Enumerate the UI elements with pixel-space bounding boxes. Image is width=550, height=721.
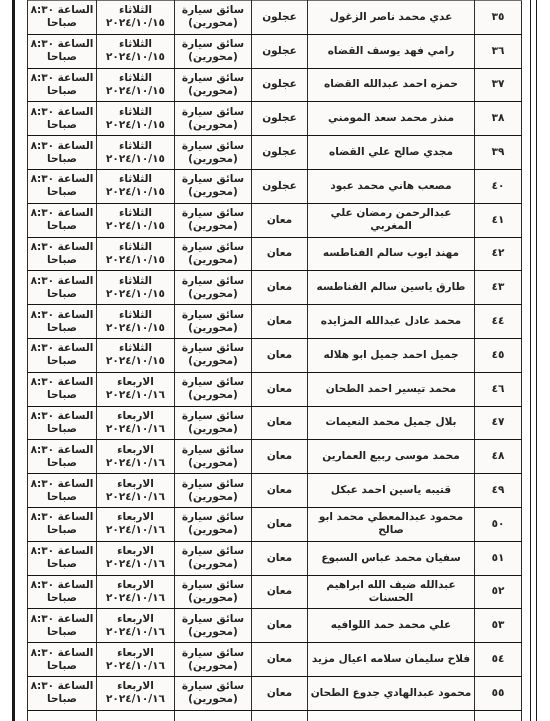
date-value: ٢٠٢٤/١٠/١٥: [97, 322, 174, 335]
applicant-name: محمد تيسير احمد الطحان: [326, 383, 456, 395]
appointments-table-wrap: ٣٥ عدي محمد ناصر الزغول عجلون سائق سيارة…: [28, 0, 522, 721]
job-title-line1: سائق سيارة: [175, 647, 251, 660]
time-value: الساعة ٨:٣٠: [28, 444, 96, 457]
time-value: الساعة ٨:٣٠: [28, 545, 96, 558]
time-value: الساعة ٨:٣٠: [28, 72, 96, 85]
job-cell: سائق سيارة (محورين): [175, 271, 252, 305]
governorate-cell: [252, 710, 308, 721]
appointments-table-body: ٣٥ عدي محمد ناصر الزغول عجلون سائق سيارة…: [28, 1, 522, 711]
weekday: الاربعاء: [97, 647, 174, 660]
time-cell: الساعة ٨:٣٠ صباحا: [28, 271, 97, 305]
row-number-cell: ٤٢: [475, 237, 522, 271]
time-cell: الساعة ٨:٣٠ صباحا: [28, 1, 97, 35]
job-title-line2: (محورين): [175, 288, 251, 301]
time-value: الساعة ٨:٣٠: [28, 342, 96, 355]
job-title-line2: (محورين): [175, 660, 251, 673]
time-period: صباحا: [28, 389, 96, 402]
row-number: ٣٦: [492, 45, 505, 57]
date-cell: الاربعاء ٢٠٢٤/١٠/١٦: [97, 609, 175, 643]
job-title-line1: سائق سيارة: [175, 309, 251, 322]
applicant-name: سفيان محمد عباس السبوع: [321, 552, 460, 564]
row-number-cell: ٤٣: [475, 271, 522, 305]
time-value: الساعة ٨:٣٠: [28, 511, 96, 524]
weekday: الاربعاء: [97, 579, 174, 592]
row-number: ٥٠: [492, 518, 505, 530]
governorate-cell: معان: [252, 575, 308, 609]
time-period: صباحا: [28, 153, 96, 166]
date-cell: الثلاثاء ٢٠٢٤/١٠/١٥: [97, 68, 175, 102]
name-cell: عدي محمد ناصر الزغول: [308, 1, 475, 35]
time-cell: الساعة ٨:٣٠ صباحا: [28, 406, 97, 440]
governorate: عجلون: [262, 180, 297, 192]
name-cell: محمود عبدالهادي جدوع الطحان: [308, 676, 475, 710]
job-title-line1: سائق سيارة: [175, 106, 251, 119]
job-title-line2: (محورين): [175, 186, 251, 199]
date-value: ٢٠٢٤/١٠/١٦: [97, 558, 174, 571]
row-number: ٤٩: [492, 484, 505, 496]
governorate-cell: معان: [252, 338, 308, 372]
governorate-cell: معان: [252, 643, 308, 677]
governorate-cell: عجلون: [252, 1, 308, 35]
governorate-cell: معان: [252, 203, 308, 237]
governorate: معان: [267, 687, 292, 699]
weekday: الاربعاء: [97, 478, 174, 491]
row-number-cell: ٥٥: [475, 676, 522, 710]
governorate: معان: [267, 484, 292, 496]
name-cell: رامي فهد يوسف القضاه: [308, 34, 475, 68]
time-period: صباحا: [28, 558, 96, 571]
time-period: صباحا: [28, 423, 96, 436]
name-cell: عبدالرحمن رمضان علي المغربي: [308, 203, 475, 237]
row-number-cell: ٥٠: [475, 507, 522, 541]
row-number: ٥١: [492, 552, 505, 564]
time-value: الساعة ٨:٣٠: [28, 241, 96, 254]
row-number-cell: ٣٧: [475, 68, 522, 102]
row-number: ٤٨: [492, 450, 505, 462]
date-cell: الاربعاء ٢٠٢٤/١٠/١٦: [97, 575, 175, 609]
governorate-cell: معان: [252, 541, 308, 575]
weekday: الثلاثاء: [97, 106, 174, 119]
date-cell: الاربعاء ٢٠٢٤/١٠/١٦: [97, 507, 175, 541]
date-cell: الثلاثاء ٢٠٢٤/١٠/١٥: [97, 271, 175, 305]
governorate-cell: معان: [252, 271, 308, 305]
table-row: ٣٥ عدي محمد ناصر الزغول عجلون سائق سيارة…: [28, 1, 522, 35]
row-number-cell: ٣٦: [475, 34, 522, 68]
date-cell: الثلاثاء ٢٠٢٤/١٠/١٥: [97, 34, 175, 68]
governorate: عجلون: [262, 45, 297, 57]
job-title-line2: (محورين): [175, 322, 251, 335]
time-cell: الساعة ٨:٣٠ صباحا: [28, 643, 97, 677]
row-number-cell: ٥٣: [475, 609, 522, 643]
time-value: الساعة ٨:٣٠: [28, 173, 96, 186]
time-period: صباحا: [28, 693, 96, 706]
date-cell: الاربعاء ٢٠٢٤/١٠/١٦: [97, 440, 175, 474]
governorate: عجلون: [262, 146, 297, 158]
row-number-cell: ٤٠: [475, 169, 522, 203]
name-cell: قتيبه ياسين احمد عبكل: [308, 474, 475, 508]
weekday: الثلاثاء: [97, 342, 174, 355]
table-row: ٤٨ محمد موسى ربيع العمارين معان سائق سيا…: [28, 440, 522, 474]
date-value: ٢٠٢٤/١٠/١٥: [97, 186, 174, 199]
job-cell: سائق سيارة (محورين): [175, 237, 252, 271]
table-row: ٤٣ طارق ياسين سالم الفناطسه معان سائق سي…: [28, 271, 522, 305]
name-cell: سفيان محمد عباس السبوع: [308, 541, 475, 575]
row-number: ٤٤: [492, 315, 505, 327]
job-title-line2: (محورين): [175, 389, 251, 402]
table-row: ٤٩ قتيبه ياسين احمد عبكل معان سائق سيارة…: [28, 474, 522, 508]
time-cell: الساعة ٨:٣٠ صباحا: [28, 34, 97, 68]
name-cell: علي محمد حمد اللوافيه: [308, 609, 475, 643]
date-value: ٢٠٢٤/١٠/١٥: [97, 220, 174, 233]
applicant-name: قتيبه ياسين احمد عبكل: [331, 484, 451, 496]
weekday: الاربعاء: [97, 511, 174, 524]
governorate-cell: معان: [252, 507, 308, 541]
row-number: ٤٠: [492, 180, 505, 192]
row-number: ٥٥: [492, 687, 505, 699]
time-value: الساعة ٨:٣٠: [28, 579, 96, 592]
time-value: الساعة ٨:٣٠: [28, 309, 96, 322]
applicant-name: منذر محمد سعد المومني: [328, 112, 454, 124]
governorate: معان: [267, 552, 292, 564]
time-cell: الساعة ٨:٣٠ صباحا: [28, 136, 97, 170]
time-value: الساعة ٨:٣٠: [28, 478, 96, 491]
job-cell: سائق سيارة (محورين): [175, 575, 252, 609]
time-period: صباحا: [28, 288, 96, 301]
job-cell: [175, 710, 252, 721]
job-cell: سائق سيارة (محورين): [175, 136, 252, 170]
date-value: ٢٠٢٤/١٠/١٥: [97, 355, 174, 368]
row-number-cell: ٥٤: [475, 643, 522, 677]
weekday: الثلاثاء: [97, 241, 174, 254]
time-period: صباحا: [28, 254, 96, 267]
time-period: صباحا: [28, 524, 96, 537]
job-cell: سائق سيارة (محورين): [175, 507, 252, 541]
name-cell: جميل احمد جميل ابو هلاله: [308, 338, 475, 372]
table-row: ٤٢ مهند ايوب سالم الفناطسه معان سائق سيا…: [28, 237, 522, 271]
job-cell: سائق سيارة (محورين): [175, 1, 252, 35]
name-cell: بلال جميل محمد النعيمات: [308, 406, 475, 440]
job-title-line2: (محورين): [175, 153, 251, 166]
time-value: الساعة ٨:٣٠: [28, 207, 96, 220]
governorate-cell: معان: [252, 406, 308, 440]
job-title-line1: سائق سيارة: [175, 140, 251, 153]
job-title-line2: (محورين): [175, 220, 251, 233]
job-cell: سائق سيارة (محورين): [175, 169, 252, 203]
date-value: ٢٠٢٤/١٠/١٦: [97, 660, 174, 673]
job-title-line2: (محورين): [175, 119, 251, 132]
name-cell: محمد عادل عبدالله المزايده: [308, 305, 475, 339]
job-title-line1: سائق سيارة: [175, 275, 251, 288]
governorate: عجلون: [262, 11, 297, 23]
governorate-cell: معان: [252, 372, 308, 406]
row-number-cell: ٤٤: [475, 305, 522, 339]
applicant-name: مصعب هاني محمد عبود: [330, 180, 451, 192]
job-title-line2: (محورين): [175, 558, 251, 571]
date-value: ٢٠٢٤/١٠/١٥: [97, 17, 174, 30]
time-period: صباحا: [28, 491, 96, 504]
governorate-cell: عجلون: [252, 102, 308, 136]
governorate-cell: معان: [252, 609, 308, 643]
date-cell: الثلاثاء ٢٠٢٤/١٠/١٥: [97, 169, 175, 203]
time-period: صباحا: [28, 457, 96, 470]
date-cell: الاربعاء ٢٠٢٤/١٠/١٦: [97, 676, 175, 710]
time-cell: [28, 710, 97, 721]
table-row: ٣٧ حمزه احمد عبدالله القضاه عجلون سائق س…: [28, 68, 522, 102]
job-cell: سائق سيارة (محورين): [175, 440, 252, 474]
time-cell: الساعة ٨:٣٠ صباحا: [28, 507, 97, 541]
governorate-cell: معان: [252, 237, 308, 271]
date-cell: الاربعاء ٢٠٢٤/١٠/١٦: [97, 372, 175, 406]
name-cell: مجدي صالح علي القضاه: [308, 136, 475, 170]
time-value: الساعة ٨:٣٠: [28, 613, 96, 626]
weekday: الاربعاء: [97, 613, 174, 626]
governorate-cell: عجلون: [252, 68, 308, 102]
name-cell: محمد موسى ربيع العمارين: [308, 440, 475, 474]
table-row: ٥٢ عبدالله ضيف الله ابراهيم الحسنات معان…: [28, 575, 522, 609]
job-title-line2: (محورين): [175, 423, 251, 436]
time-value: الساعة ٨:٣٠: [28, 38, 96, 51]
job-title-line1: سائق سيارة: [175, 342, 251, 355]
next-row-partial: [28, 710, 522, 721]
time-cell: الساعة ٨:٣٠ صباحا: [28, 575, 97, 609]
table-row: ٥١ سفيان محمد عباس السبوع معان سائق سيار…: [28, 541, 522, 575]
scanned-document-page: ٣٥ عدي محمد ناصر الزغول عجلون سائق سيارة…: [0, 0, 550, 721]
date-value: ٢٠٢٤/١٠/١٦: [97, 457, 174, 470]
job-title-line2: (محورين): [175, 355, 251, 368]
row-number-cell: ٣٨: [475, 102, 522, 136]
name-cell: منذر محمد سعد المومني: [308, 102, 475, 136]
weekday: الثلاثاء: [97, 140, 174, 153]
governorate-cell: معان: [252, 676, 308, 710]
date-value: ٢٠٢٤/١٠/١٦: [97, 524, 174, 537]
row-number-cell: ٥٢: [475, 575, 522, 609]
time-cell: الساعة ٨:٣٠ صباحا: [28, 203, 97, 237]
row-number: ٤٥: [492, 349, 505, 361]
applicant-name: علي محمد حمد اللوافيه: [331, 619, 451, 631]
page-frame-right-rule-outer: [536, 0, 538, 721]
applicant-name: طارق ياسين سالم الفناطسه: [317, 281, 466, 293]
weekday: الثلاثاء: [97, 173, 174, 186]
date-cell: الاربعاء ٢٠٢٤/١٠/١٦: [97, 643, 175, 677]
name-cell: طارق ياسين سالم الفناطسه: [308, 271, 475, 305]
applicant-name: محمود عبدالمعطي محمد ابو صالح: [319, 511, 463, 536]
table-row: ٤١ عبدالرحمن رمضان علي المغربي معان سائق…: [28, 203, 522, 237]
date-cell: الثلاثاء ٢٠٢٤/١٠/١٥: [97, 102, 175, 136]
applicant-name: فلاح سليمان سلامه اعيال مزيد: [312, 653, 470, 665]
table-row: ٣٦ رامي فهد يوسف القضاه عجلون سائق سيارة…: [28, 34, 522, 68]
time-period: صباحا: [28, 592, 96, 605]
time-period: صباحا: [28, 85, 96, 98]
time-period: صباحا: [28, 186, 96, 199]
date-cell: الاربعاء ٢٠٢٤/١٠/١٦: [97, 406, 175, 440]
governorate: عجلون: [262, 78, 297, 90]
weekday: الثلاثاء: [97, 207, 174, 220]
row-number-cell: ٤٦: [475, 372, 522, 406]
table-row: ٤٠ مصعب هاني محمد عبود عجلون سائق سيارة …: [28, 169, 522, 203]
date-cell: الثلاثاء ٢٠٢٤/١٠/١٥: [97, 203, 175, 237]
table-row: ٥٤ فلاح سليمان سلامه اعيال مزيد معان سائ…: [28, 643, 522, 677]
date-value: ٢٠٢٤/١٠/١٦: [97, 592, 174, 605]
weekday: الاربعاء: [97, 410, 174, 423]
job-title-line2: (محورين): [175, 85, 251, 98]
row-number-cell: ٤١: [475, 203, 522, 237]
governorate-cell: عجلون: [252, 34, 308, 68]
date-value: ٢٠٢٤/١٠/١٦: [97, 491, 174, 504]
weekday: الثلاثاء: [97, 38, 174, 51]
applicant-name: جميل احمد جميل ابو هلاله: [323, 349, 458, 361]
governorate: معان: [267, 585, 292, 597]
job-title-line1: سائق سيارة: [175, 241, 251, 254]
date-cell: الاربعاء ٢٠٢٤/١٠/١٦: [97, 474, 175, 508]
date-value: ٢٠٢٤/١٠/١٥: [97, 119, 174, 132]
job-title-line2: (محورين): [175, 254, 251, 267]
time-value: الساعة ٨:٣٠: [28, 647, 96, 660]
time-cell: الساعة ٨:٣٠ صباحا: [28, 102, 97, 136]
row-number-cell: ٥١: [475, 541, 522, 575]
governorate-cell: معان: [252, 474, 308, 508]
governorate: معان: [267, 416, 292, 428]
job-title-line2: (محورين): [175, 457, 251, 470]
page-frame-left-rule: [12, 0, 15, 721]
job-title-line1: سائق سيارة: [175, 410, 251, 423]
date-cell: الاربعاء ٢٠٢٤/١٠/١٦: [97, 541, 175, 575]
table-row: ٤٦ محمد تيسير احمد الطحان معان سائق سيار…: [28, 372, 522, 406]
time-cell: الساعة ٨:٣٠ صباحا: [28, 474, 97, 508]
row-number-cell: ٣٩: [475, 136, 522, 170]
time-value: الساعة ٨:٣٠: [28, 4, 96, 17]
table-row: ٥٣ علي محمد حمد اللوافيه معان سائق سيارة…: [28, 609, 522, 643]
row-number: ٥٢: [492, 585, 505, 597]
time-cell: الساعة ٨:٣٠ صباحا: [28, 676, 97, 710]
time-period: صباحا: [28, 322, 96, 335]
name-cell: محمود عبدالمعطي محمد ابو صالح: [308, 507, 475, 541]
date-cell: الثلاثاء ٢٠٢٤/١٠/١٥: [97, 237, 175, 271]
row-number-cell: ٣٥: [475, 1, 522, 35]
name-cell: عبدالله ضيف الله ابراهيم الحسنات: [308, 575, 475, 609]
job-title-line1: سائق سيارة: [175, 72, 251, 85]
weekday: الثلاثاء: [97, 4, 174, 17]
table-row-partial: [28, 710, 522, 721]
job-cell: سائق سيارة (محورين): [175, 643, 252, 677]
time-cell: الساعة ٨:٣٠ صباحا: [28, 237, 97, 271]
name-cell: مصعب هاني محمد عبود: [308, 169, 475, 203]
table-row: ٥٠ محمود عبدالمعطي محمد ابو صالح معان سا…: [28, 507, 522, 541]
row-number-cell: ٤٩: [475, 474, 522, 508]
row-number: ٣٥: [492, 11, 505, 23]
applicant-name: مجدي صالح علي القضاه: [329, 146, 453, 158]
job-title-line2: (محورين): [175, 17, 251, 30]
row-number: ٣٧: [492, 78, 505, 90]
time-period: صباحا: [28, 660, 96, 673]
table-row: ٤٥ جميل احمد جميل ابو هلاله معان سائق سي…: [28, 338, 522, 372]
applicant-name: رامي فهد يوسف القضاه: [328, 45, 455, 57]
job-title-line1: سائق سيارة: [175, 613, 251, 626]
row-number: ٤١: [492, 214, 505, 226]
date-value: ٢٠٢٤/١٠/١٥: [97, 51, 174, 64]
governorate: معان: [267, 247, 292, 259]
weekday: الثلاثاء: [97, 72, 174, 85]
name-cell: حمزه احمد عبدالله القضاه: [308, 68, 475, 102]
time-cell: الساعة ٨:٣٠ صباحا: [28, 372, 97, 406]
date-cell: الثلاثاء ٢٠٢٤/١٠/١٥: [97, 1, 175, 35]
job-title-line2: (محورين): [175, 524, 251, 537]
time-cell: الساعة ٨:٣٠ صباحا: [28, 609, 97, 643]
row-number: ٣٨: [492, 112, 505, 124]
applicant-name: محمود عبدالهادي جدوع الطحان: [311, 687, 472, 699]
applicant-name: عبدالله ضيف الله ابراهيم الحسنات: [326, 579, 455, 604]
time-value: الساعة ٨:٣٠: [28, 376, 96, 389]
applicant-name: محمد عادل عبدالله المزايده: [321, 315, 461, 327]
job-title-line1: سائق سيارة: [175, 579, 251, 592]
date-value: ٢٠٢٤/١٠/١٥: [97, 153, 174, 166]
job-cell: سائق سيارة (محورين): [175, 203, 252, 237]
row-number: ٥٤: [492, 653, 505, 665]
weekday: الثلاثاء: [97, 309, 174, 322]
governorate: معان: [267, 281, 292, 293]
job-title-line1: سائق سيارة: [175, 4, 251, 17]
row-number: ٤٦: [492, 383, 505, 395]
time-value: الساعة ٨:٣٠: [28, 275, 96, 288]
applicant-name: بلال جميل محمد النعيمات: [325, 416, 456, 428]
date-cell: [97, 710, 175, 721]
date-cell: الثلاثاء ٢٠٢٤/١٠/١٥: [97, 136, 175, 170]
time-cell: الساعة ٨:٣٠ صباحا: [28, 68, 97, 102]
governorate-cell: معان: [252, 305, 308, 339]
weekday: الثلاثاء: [97, 275, 174, 288]
job-cell: سائق سيارة (محورين): [175, 609, 252, 643]
governorate: عجلون: [262, 112, 297, 124]
name-cell: مهند ايوب سالم الفناطسه: [308, 237, 475, 271]
time-period: صباحا: [28, 51, 96, 64]
time-period: صباحا: [28, 119, 96, 132]
table-row: ٣٩ مجدي صالح علي القضاه عجلون سائق سيارة…: [28, 136, 522, 170]
table-row: ٥٥ محمود عبدالهادي جدوع الطحان معان سائق…: [28, 676, 522, 710]
job-title-line1: سائق سيارة: [175, 511, 251, 524]
date-value: ٢٠٢٤/١٠/١٥: [97, 254, 174, 267]
row-number: ٤٧: [492, 416, 505, 428]
time-period: صباحا: [28, 626, 96, 639]
job-title-line1: سائق سيارة: [175, 478, 251, 491]
table-row: ٤٧ بلال جميل محمد النعيمات معان سائق سيا…: [28, 406, 522, 440]
page-frame-right-rule-inner: [530, 0, 532, 721]
job-title-line2: (محورين): [175, 592, 251, 605]
job-cell: سائق سيارة (محورين): [175, 102, 252, 136]
date-value: ٢٠٢٤/١٠/١٦: [97, 693, 174, 706]
row-number: ٣٩: [492, 146, 505, 158]
job-title-line2: (محورين): [175, 693, 251, 706]
date-value: ٢٠٢٤/١٠/١٦: [97, 389, 174, 402]
job-title-line2: (محورين): [175, 491, 251, 504]
time-value: الساعة ٨:٣٠: [28, 106, 96, 119]
job-title-line2: (محورين): [175, 626, 251, 639]
weekday: الاربعاء: [97, 444, 174, 457]
job-cell: سائق سيارة (محورين): [175, 406, 252, 440]
job-title-line1: سائق سيارة: [175, 207, 251, 220]
job-title-line2: (محورين): [175, 51, 251, 64]
date-value: ٢٠٢٤/١٠/١٦: [97, 423, 174, 436]
time-value: الساعة ٨:٣٠: [28, 140, 96, 153]
row-number-cell: ٤٥: [475, 338, 522, 372]
governorate-cell: عجلون: [252, 136, 308, 170]
governorate: معان: [267, 619, 292, 631]
name-cell: محمد تيسير احمد الطحان: [308, 372, 475, 406]
governorate: معان: [267, 315, 292, 327]
name-cell: [308, 710, 475, 721]
job-cell: سائق سيارة (محورين): [175, 338, 252, 372]
table-row: ٣٨ منذر محمد سعد المومني عجلون سائق سيار…: [28, 102, 522, 136]
governorate: معان: [267, 518, 292, 530]
time-period: صباحا: [28, 17, 96, 30]
